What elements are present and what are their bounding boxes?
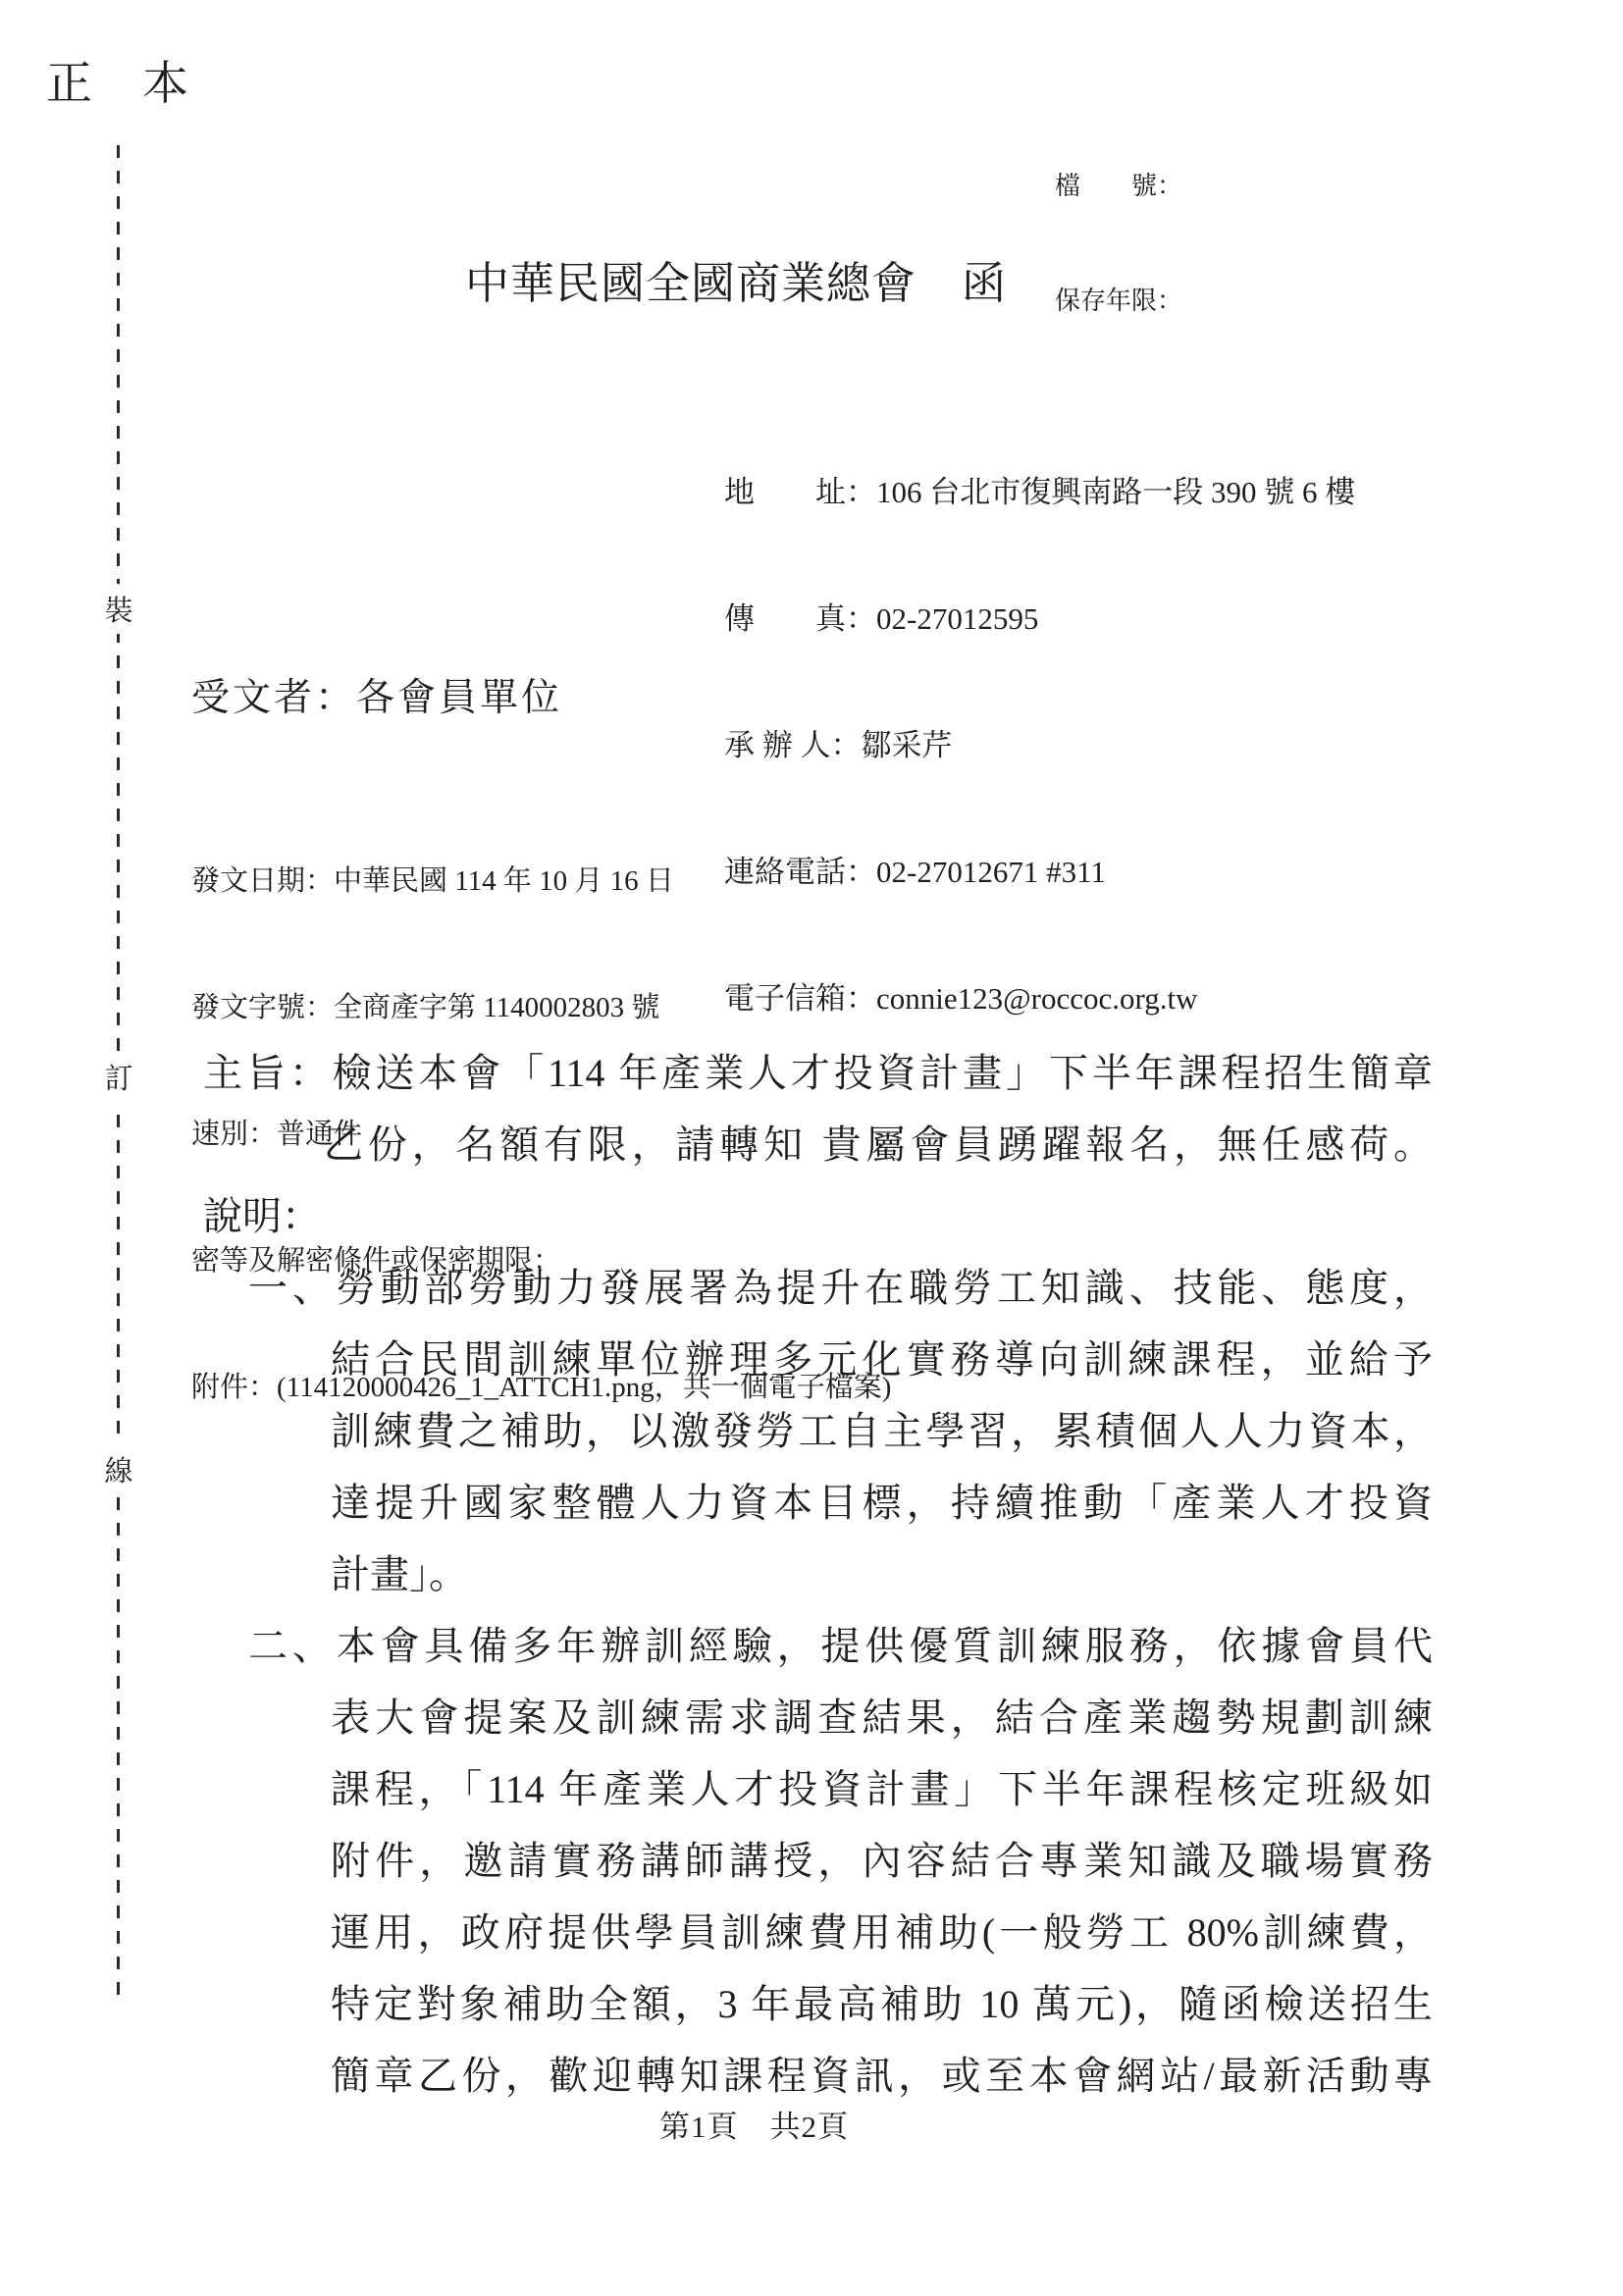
archive-labels: 檔 號： 保存年限：: [1055, 90, 1182, 396]
item2-line-2: 表大會提案及訓練需求調查結果，結合產業趨勢規劃訓練: [331, 1682, 1433, 1753]
issue-date-row: 發文日期：中華民國 114 年 10 月 16 日: [191, 861, 891, 903]
recipient-line: 受文者：各會員單位: [191, 667, 562, 722]
item1-line-5: 計畫」。: [331, 1539, 1433, 1610]
explanation-heading: 說明：: [203, 1180, 1433, 1252]
item2-line-1: 二、本會具備多年辦訓經驗，提供優質訓練服務，依據會員代: [248, 1610, 1433, 1682]
document-page: 正 本 檔 號： 保存年限： 中華民國全國商業總會 函 地 址：106 台北市復…: [0, 0, 1623, 2296]
item1-line-3: 訓練費之補助，以激發勞工自主學習，累積個人人力資本，: [331, 1395, 1433, 1467]
item1-line-4: 達提升國家整體人力資本目標，持續推動「產業人才投資: [331, 1467, 1433, 1539]
sender-contact-person-row: 承 辦 人：鄒采芹: [724, 724, 1355, 766]
sender-address-row: 地 址：106 台北市復興南路一段 390 號 6 樓: [724, 471, 1355, 513]
item2-line-6: 特定對象補助全額，3 年最高補助 10 萬元)，隨函檢送招生: [331, 1968, 1433, 2040]
subject-line-1: 主旨：檢送本會「114 年產業人才投資計畫」下半年課程招生簡章: [203, 1037, 1433, 1109]
page-footer: 第1頁 共2頁: [659, 2102, 849, 2146]
item2-line-5: 運用，政府提供學員訓練費用補助(一般勞工 80%訓練費，: [331, 1897, 1433, 1968]
document-body: 主旨：檢送本會「114 年產業人才投資計畫」下半年課程招生簡章 乙份，名額有限，…: [0, 1037, 1623, 2112]
binding-mark-ding: 訂: [101, 1052, 136, 1102]
sender-fax-row: 傳 真：02-27012595: [724, 598, 1355, 640]
item1-line-1: 一、勞動部勞動力發展署為提升在職勞工知識、技能、態度，: [248, 1252, 1433, 1324]
doc-number-row: 發文字號：全商產字第 1140002803 號: [191, 987, 891, 1029]
binding-mark-zhuang: 裝: [101, 584, 136, 634]
item1-line-2: 結合民間訓練單位辦理多元化實務導向訓練課程，並給予: [331, 1324, 1433, 1395]
copy-type-stamp: 正 本: [46, 47, 190, 113]
file-number-label: 檔 號：: [1055, 167, 1182, 205]
item2-line-3: 課程，「114 年產業人才投資計畫」下半年課程核定班級如: [331, 1753, 1433, 1825]
item2-line-7: 簡章乙份，歡迎轉知課程資訊，或至本會網站/最新活動專: [331, 2040, 1433, 2112]
binding-mark-xian: 線: [101, 1444, 136, 1494]
document-title: 中華民國全國商業總會 函: [465, 247, 1007, 311]
item2-line-4: 附件，邀請實務講師講授，內容結合專業知識及職場實務: [331, 1825, 1433, 1897]
subject-line-2: 乙份，名額有限，請轉知 貴屬會員踴躍報名，無任感荷。: [324, 1109, 1433, 1180]
retention-period-label: 保存年限：: [1055, 282, 1182, 320]
